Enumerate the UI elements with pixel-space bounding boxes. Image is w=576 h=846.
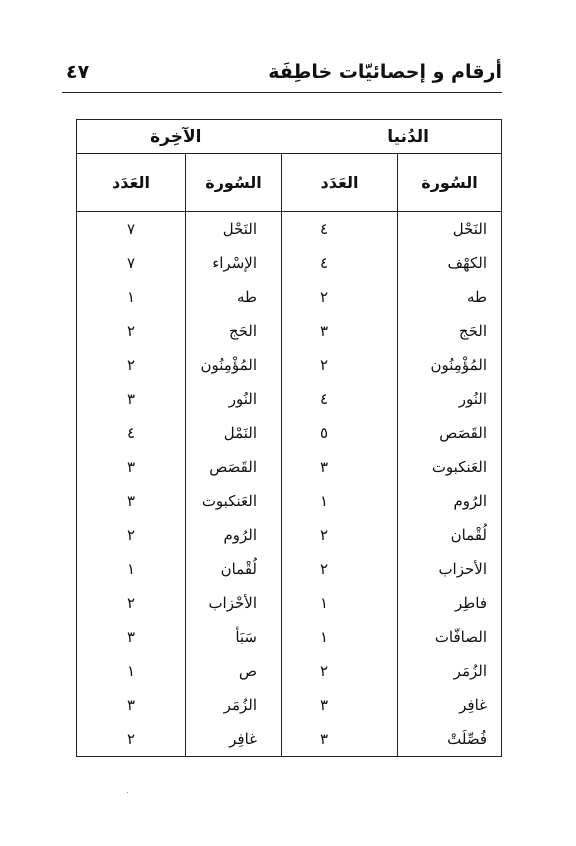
dunya-count-cell: ٢ xyxy=(282,654,398,688)
table-row: القَصَص ٥ النَمْل ٤ xyxy=(76,416,501,450)
dunya-count-cell: ١ xyxy=(282,620,398,654)
page-number: ٤٧ xyxy=(66,60,89,84)
table-row: الأحزاب ٢ لُقْمان ١ xyxy=(76,552,501,586)
dunya-surah-cell: النُور xyxy=(398,382,502,416)
dunya-surah-cell: العَنكبوت xyxy=(398,450,502,484)
akhira-count-cell: ٣ xyxy=(76,620,185,654)
akhira-count-cell: ٣ xyxy=(76,382,185,416)
dunya-count-cell: ٣ xyxy=(282,314,398,348)
group-header-dunya: الدُنيا xyxy=(282,120,502,154)
table-row: الكهْف ٤ الإسْراء ٧ xyxy=(76,246,501,280)
akhira-surah-cell: طه xyxy=(186,280,282,314)
dunya-count-cell: ٣ xyxy=(282,722,398,757)
dunya-surah-cell: الزُمَر xyxy=(398,654,502,688)
dunya-surah-cell: فُصِّلَتْ xyxy=(398,722,502,757)
dunya-count-cell: ٤ xyxy=(282,246,398,280)
akhira-count-cell: ٤ xyxy=(76,416,185,450)
akhira-surah-cell: النُور xyxy=(186,382,282,416)
dunya-surah-cell: طه xyxy=(398,280,502,314)
table-row: الرُوم ١ العَنكبوت ٣ xyxy=(76,484,501,518)
dunya-surah-cell: غافِر xyxy=(398,688,502,722)
dunya-count-cell: ٢ xyxy=(282,280,398,314)
akhira-count-cell: ٧ xyxy=(76,246,185,280)
akhira-count-cell: ٢ xyxy=(76,314,185,348)
table-row: غافِر ٣ الزُمَر ٣ xyxy=(76,688,501,722)
akhira-surah-cell: الحَج xyxy=(186,314,282,348)
dunya-count-cell: ١ xyxy=(282,586,398,620)
column-header-akhira-surah: السُورة xyxy=(186,154,282,212)
column-header-dunya-count: العَدَد xyxy=(282,154,398,212)
dunya-surah-cell: الأحزاب xyxy=(398,552,502,586)
akhira-count-cell: ١ xyxy=(76,280,185,314)
table-row: الصافّات ١ سَبَأ ٣ xyxy=(76,620,501,654)
table-row: الزُمَر ٢ ص ١ xyxy=(76,654,501,688)
akhira-count-cell: ٢ xyxy=(76,518,185,552)
dunya-count-cell: ٤ xyxy=(282,382,398,416)
dunya-surah-cell: المُؤْمِنُون xyxy=(398,348,502,382)
akhira-surah-cell: الأحْزاب xyxy=(186,586,282,620)
akhira-surah-cell: ص xyxy=(186,654,282,688)
table-row: فاطِر ١ الأحْزاب ٢ xyxy=(76,586,501,620)
akhira-surah-cell: القَصَص xyxy=(186,450,282,484)
dunya-surah-cell: الحَج xyxy=(398,314,502,348)
akhira-surah-cell: الرُوم xyxy=(186,518,282,552)
akhira-count-cell: ٢ xyxy=(76,722,185,757)
dunya-surah-cell: فاطِر xyxy=(398,586,502,620)
table-row: فُصِّلَتْ ٣ غافِر ٢ xyxy=(76,722,501,757)
column-header-akhira-count: العَدَد xyxy=(76,154,185,212)
dunya-surah-cell: القَصَص xyxy=(398,416,502,450)
akhira-count-cell: ١ xyxy=(76,654,185,688)
akhira-count-cell: ٧ xyxy=(76,212,185,247)
table-row: الحَج ٣ الحَج ٢ xyxy=(76,314,501,348)
akhira-count-cell: ٣ xyxy=(76,450,185,484)
table-row: لُقْمان ٢ الرُوم ٢ xyxy=(76,518,501,552)
table-body: النَحْل ٤ النَحْل ٧ الكهْف ٤ الإسْراء ٧ … xyxy=(76,212,501,757)
akhira-surah-cell: النَحْل xyxy=(186,212,282,247)
akhira-surah-cell: الزُمَر xyxy=(186,688,282,722)
akhira-surah-cell: سَبَأ xyxy=(186,620,282,654)
surah-count-table: الدُنيا الآخِرة السُورة العَدَد السُورة … xyxy=(77,119,502,757)
dunya-count-cell: ١ xyxy=(282,484,398,518)
running-title: أرقام و إحصائيّات خاطِفَة xyxy=(268,60,502,84)
dunya-surah-cell: النَحْل xyxy=(398,212,502,247)
akhira-count-cell: ٢ xyxy=(76,586,185,620)
dunya-surah-cell: الصافّات xyxy=(398,620,502,654)
dunya-count-cell: ٢ xyxy=(282,348,398,382)
akhira-surah-cell: المُؤْمِنُون xyxy=(186,348,282,382)
group-header-row: الدُنيا الآخِرة xyxy=(76,120,501,154)
dunya-count-cell: ٤ xyxy=(282,212,398,247)
table-row: العَنكبوت ٣ القَصَص ٣ xyxy=(76,450,501,484)
akhira-count-cell: ٣ xyxy=(76,688,185,722)
dunya-surah-cell: الرُوم xyxy=(398,484,502,518)
dunya-surah-cell: لُقْمان xyxy=(398,518,502,552)
column-header-row: السُورة العَدَد السُورة العَدَد xyxy=(76,154,501,212)
group-header-akhira: الآخِرة xyxy=(76,120,281,154)
table-row: المُؤْمِنُون ٢ المُؤْمِنُون ٢ xyxy=(76,348,501,382)
akhira-count-cell: ٢ xyxy=(76,348,185,382)
running-header: أرقام و إحصائيّات خاطِفَة ٤٧ xyxy=(62,56,502,93)
dunya-count-cell: ٢ xyxy=(282,518,398,552)
dunya-count-cell: ٥ xyxy=(282,416,398,450)
dunya-count-cell: ٣ xyxy=(282,688,398,722)
akhira-surah-cell: غافِر xyxy=(186,722,282,757)
dunya-count-cell: ٣ xyxy=(282,450,398,484)
akhira-surah-cell: النَمْل xyxy=(186,416,282,450)
dunya-count-cell: ٢ xyxy=(282,552,398,586)
akhira-surah-cell: لُقْمان xyxy=(186,552,282,586)
akhira-surah-cell: الإسْراء xyxy=(186,246,282,280)
akhira-count-cell: ٣ xyxy=(76,484,185,518)
dunya-akhira-table: الدُنيا الآخِرة السُورة العَدَد السُورة … xyxy=(76,119,502,757)
scan-speck xyxy=(127,792,128,793)
dunya-surah-cell: الكهْف xyxy=(398,246,502,280)
column-header-dunya-surah: السُورة xyxy=(398,154,502,212)
akhira-surah-cell: العَنكبوت xyxy=(186,484,282,518)
table-row: النُور ٤ النُور ٣ xyxy=(76,382,501,416)
table-row: النَحْل ٤ النَحْل ٧ xyxy=(76,212,501,247)
akhira-count-cell: ١ xyxy=(76,552,185,586)
table-row: طه ٢ طه ١ xyxy=(76,280,501,314)
